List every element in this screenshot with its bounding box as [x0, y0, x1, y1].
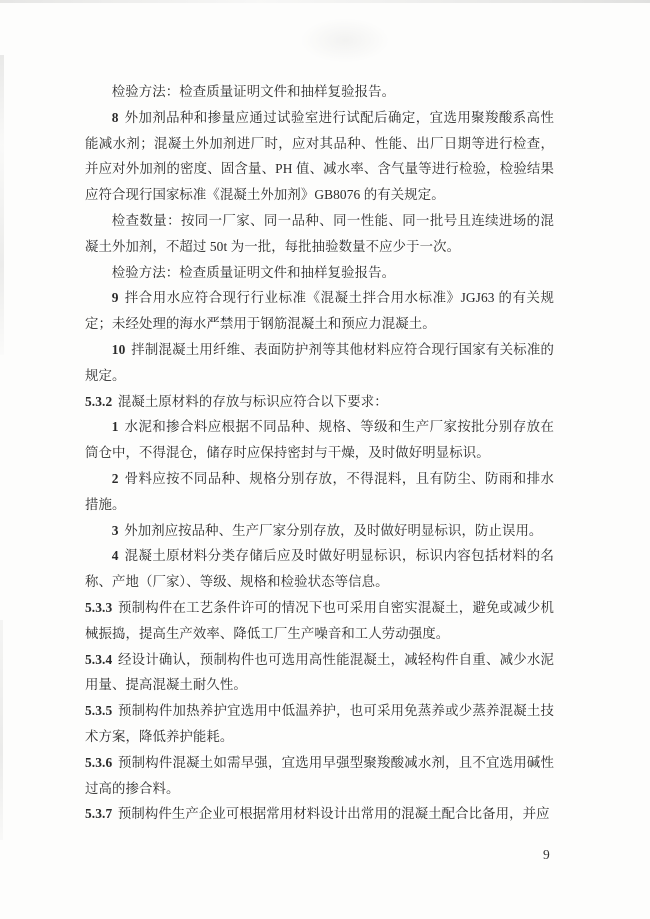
document-page: 检验方法：检查质量证明文件和抽样复验报告。 8外加剂品种和掺量应通过试验室进行试…	[0, 0, 650, 919]
paragraph-text: 预制构件加热养护宜选用中低温养护，也可采用免蒸养或少蒸养混凝土技术方案，降低养护…	[85, 703, 554, 744]
clause-number: 5.3.7	[85, 806, 112, 821]
scan-artifact-left-edge	[0, 55, 4, 355]
paragraph-text: 经设计确认，预制构件也可选用高性能混凝土，减轻构件自重、减少水泥用量、提高混凝土…	[85, 652, 554, 693]
scan-artifact-left-lower	[0, 620, 3, 840]
paragraph-item-9: 9拌合用水应符合现行行业标准《混凝土拌合用水标准》JGJ63 的有关规定；未经处…	[85, 285, 554, 337]
paragraph-text: 检验方法：检查质量证明文件和抽样复验报告。	[112, 265, 395, 280]
paragraph-clause-5-3-5: 5.3.5预制构件加热养护宜选用中低温养护，也可采用免蒸养或少蒸养混凝土技术方案…	[85, 698, 554, 750]
paragraph-inspection-method-2: 检验方法：检查质量证明文件和抽样复验报告。	[85, 260, 554, 286]
clause-number: 10	[112, 342, 126, 357]
paragraph-text: 拌合用水应符合现行行业标准《混凝土拌合用水标准》JGJ63 的有关规定；未经处理…	[85, 290, 554, 331]
paragraph-text: 混凝土原材料分类存储后应及时做好明显标识，标识内容包括材料的名称、产地（厂家）、…	[85, 548, 554, 589]
paragraph-inspection-quantity: 检查数量：按同一厂家、同一品种、同一性能、同一批号且连续进场的混凝土外加剂，不超…	[85, 208, 554, 260]
clause-number: 5.3.5	[85, 703, 112, 718]
paragraph-clause-5-3-6: 5.3.6预制构件混凝土如需早强，宜选用早强型聚羧酸减水剂，且不宜选用碱性过高的…	[85, 750, 554, 802]
paragraph-clause-5-3-4: 5.3.4经设计确认，预制构件也可选用高性能混凝土，减轻构件自重、减少水泥用量、…	[85, 647, 554, 699]
scan-artifact-smudge	[300, 18, 390, 63]
paragraph-text: 检验方法：检查质量证明文件和抽样复验报告。	[112, 84, 395, 99]
clause-number: 9	[112, 290, 119, 305]
paragraph-text: 检查数量：按同一厂家、同一品种、同一性能、同一批号且连续进场的混凝土外加剂，不超…	[85, 213, 554, 254]
clause-number: 8	[112, 110, 119, 125]
clause-number: 3	[112, 523, 119, 538]
paragraph-text: 预制构件在工艺条件许可的情况下也可采用自密实混凝土，避免或减少机械振捣，提高生产…	[85, 600, 554, 641]
paragraph-subitem-4: 4混凝土原材料分类存储后应及时做好明显标识，标识内容包括材料的名称、产地（厂家）…	[85, 543, 554, 595]
paragraph-item-8: 8外加剂品种和掺量应通过试验室进行试配后确定，宜选用聚羧酸系高性能减水剂；混凝土…	[85, 105, 554, 208]
clause-number: 5.3.6	[85, 755, 112, 770]
paragraph-text: 预制构件生产企业可根据常用材料设计出常用的混凝土配合比备用，并应	[118, 806, 550, 821]
paragraph-item-10: 10拌制混凝土用纤维、表面防护剂等其他材料应符合现行国家有关标准的规定。	[85, 337, 554, 389]
clause-number: 5.3.3	[85, 600, 112, 615]
clause-number: 4	[112, 548, 119, 563]
paragraph-clause-5-3-2: 5.3.2混凝土原材料的存放与标识应符合以下要求：	[85, 389, 554, 415]
clause-number: 1	[112, 419, 119, 434]
paragraph-text: 水泥和掺合料应根据不同品种、规格、等级和生产厂家按批分别存放在筒仓中，不得混仓，…	[85, 419, 554, 460]
clause-number: 2	[112, 471, 119, 486]
paragraph-subitem-2: 2骨料应按不同品种、规格分别存放，不得混料，且有防尘、防雨和排水措施。	[85, 466, 554, 518]
clause-number: 5.3.4	[85, 652, 112, 667]
paragraph-subitem-3: 3外加剂应按品种、生产厂家分别存放，及时做好明显标识，防止误用。	[85, 518, 554, 544]
paragraph-text: 外加剂品种和掺量应通过试验室进行试配后确定，宜选用聚羧酸系高性能减水剂；混凝土外…	[85, 110, 554, 202]
paragraph-text: 混凝土原材料的存放与标识应符合以下要求：	[118, 394, 388, 409]
paragraph-inspection-method-1: 检验方法：检查质量证明文件和抽样复验报告。	[85, 79, 554, 105]
page-number: 9	[543, 847, 550, 863]
clause-number: 5.3.2	[85, 394, 112, 409]
document-body: 检验方法：检查质量证明文件和抽样复验报告。 8外加剂品种和掺量应通过试验室进行试…	[85, 79, 554, 827]
scan-artifact-top-strip	[0, 0, 650, 3]
paragraph-text: 拌制混凝土用纤维、表面防护剂等其他材料应符合现行国家有关标准的规定。	[85, 342, 554, 383]
paragraph-clause-5-3-7: 5.3.7预制构件生产企业可根据常用材料设计出常用的混凝土配合比备用，并应	[85, 801, 554, 827]
paragraph-text: 骨料应按不同品种、规格分别存放，不得混料，且有防尘、防雨和排水措施。	[85, 471, 554, 512]
paragraph-subitem-1: 1水泥和掺合料应根据不同品种、规格、等级和生产厂家按批分别存放在筒仓中，不得混仓…	[85, 414, 554, 466]
paragraph-text: 预制构件混凝土如需早强，宜选用早强型聚羧酸减水剂，且不宜选用碱性过高的掺合料。	[85, 755, 554, 796]
paragraph-clause-5-3-3: 5.3.3预制构件在工艺条件许可的情况下也可采用自密实混凝土，避免或减少机械振捣…	[85, 595, 554, 647]
paragraph-text: 外加剂应按品种、生产厂家分别存放，及时做好明显标识，防止误用。	[124, 523, 542, 538]
